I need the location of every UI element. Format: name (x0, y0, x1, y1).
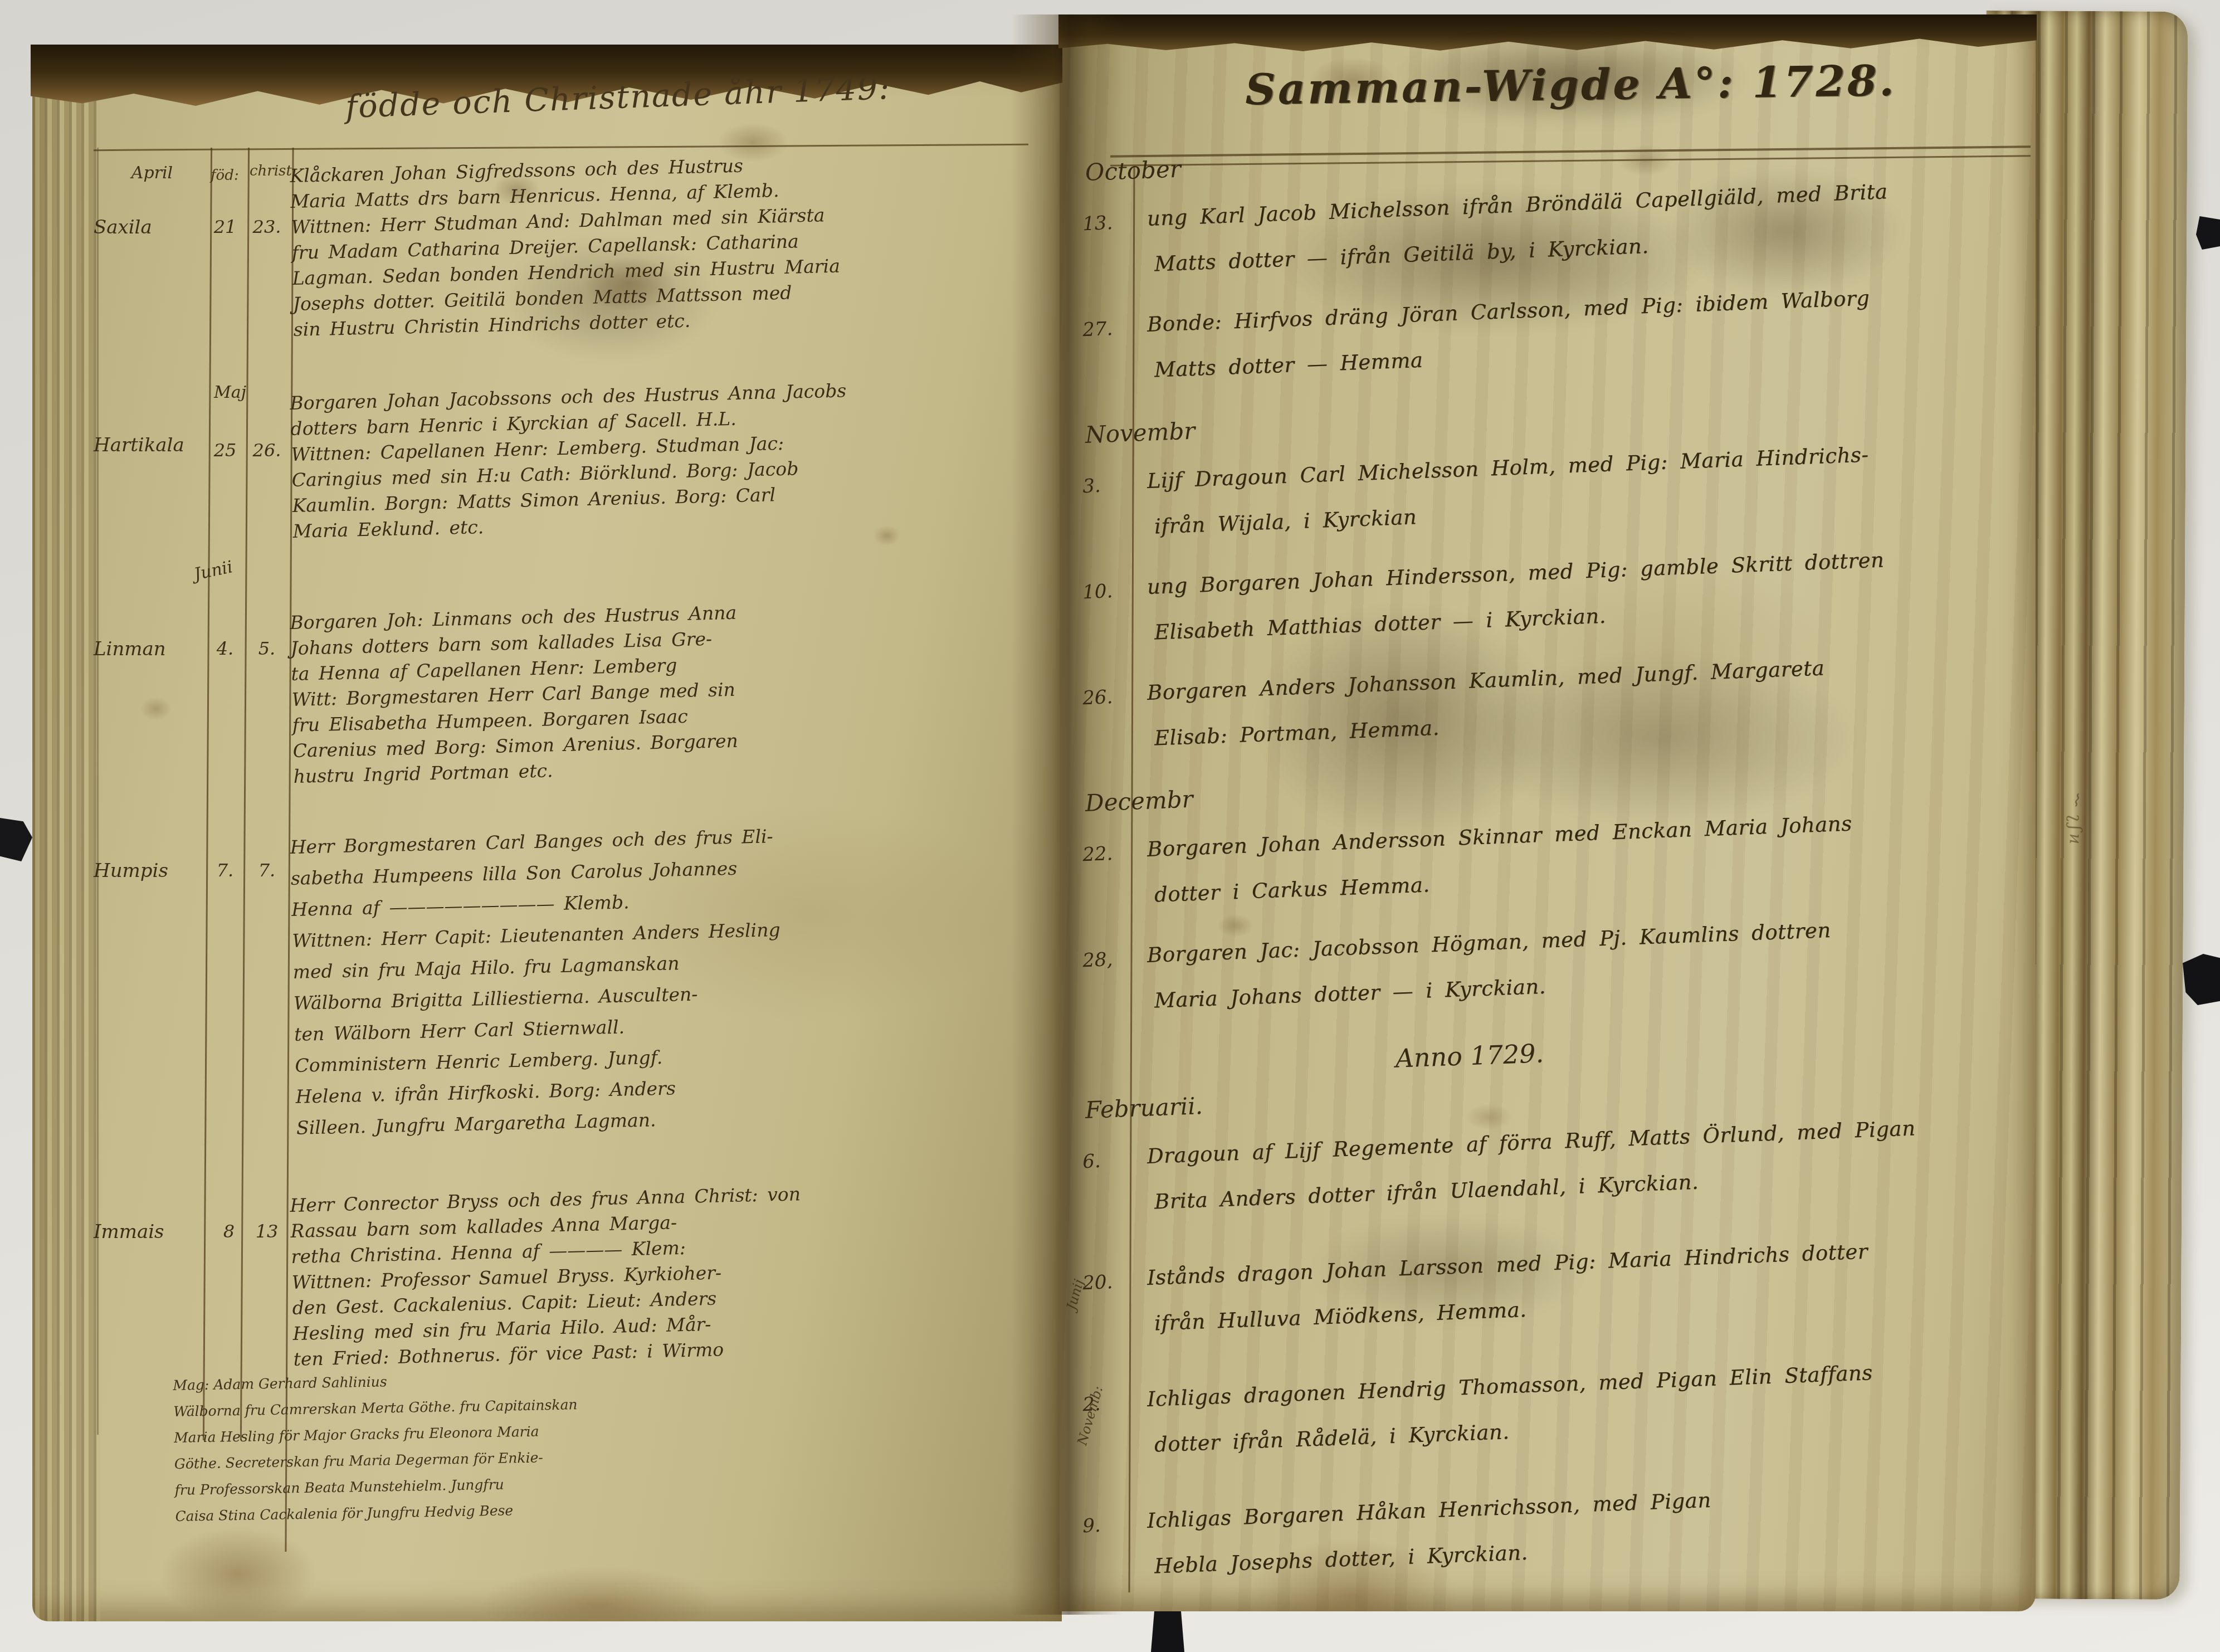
entry-day-number: 9. (1082, 1514, 1101, 1537)
entry-month-label: April (99, 163, 205, 183)
entry-small-text: Mag: Adam Gerhard SahliniusWälborna fru … (173, 1358, 1010, 1529)
entry-place-label: Saxila (94, 216, 205, 238)
entry-place-label: Linman (94, 638, 205, 660)
entry-month-label: Maj (177, 383, 283, 402)
entry-day-number: 28, (1082, 948, 1114, 972)
baptism-entry: Immais 8 13 Herr Conrector Bryss och des… (94, 1193, 1007, 1529)
entry-place-label: Immais (94, 1221, 205, 1243)
entry-christened-date: 13 (246, 1221, 287, 1242)
entry-text: ung Karl Jacob Michelsson ifrån Bröndälä… (1146, 169, 1890, 287)
marriage-entry: 10. ung Borgaren Johan Hindersson, med P… (1084, 532, 2023, 657)
entry-day-number: 22. (1082, 842, 1114, 866)
right-clasp-strap-lower (2183, 954, 2220, 1005)
baptism-entry-list: April Saxila 21 23. Klåckaren Johan Sigf… (94, 163, 1007, 1529)
marriage-entry: 26. Borgaren Anders Johansson Kaumlin, m… (1084, 638, 2023, 763)
left-clasp-strap (0, 818, 32, 861)
baptism-entry: Junii Linman 4. 5. Borgaren Joh: Linmans… (94, 610, 1007, 790)
entry-text: Dragoun af Lijf Regemente af förra Ruff,… (1146, 1105, 1918, 1225)
marriage-entry-list: 22. Borgaren Johan Andersson Skinnar med… (1085, 829, 2021, 1026)
entry-born-date: 7. (209, 860, 241, 881)
entry-day-number: 13. (1082, 212, 1114, 235)
entry-text: Ichligas dragonen Hendrig Thomasson, med… (1146, 1350, 1876, 1468)
entry-text: Borgaren Johan Andersson Skinnar med Enc… (1146, 801, 1855, 918)
marriage-section: Anno 1729. Februarii. 6. Dragoun af Lijf… (1085, 1041, 2021, 1592)
marriage-entry: 6. Dragoun af Lijf Regemente af förra Ru… (1084, 1102, 2023, 1227)
stack-ink-marks: ⌇ʅʃͷ (2066, 791, 2086, 848)
entry-day-number: 6. (1082, 1150, 1101, 1173)
entry-day-number: 10. (1082, 580, 1114, 603)
entry-born-date: 4. (209, 638, 241, 659)
entry-text: Klåckaren Johan Sigfredssons och des Hus… (290, 147, 1011, 343)
marriage-entry-list: 3. Lijf Dragoun Carl Michelsson Holm, me… (1085, 461, 2021, 764)
marriage-entry-list: 13. ung Karl Jacob Michelsson ifrån Brön… (1085, 198, 2021, 396)
bottom-clasp-strap (1151, 1611, 1184, 1652)
marriage-entry: 2. Novemb: Ichligas dragonen Hendrig Tho… (1084, 1344, 2023, 1470)
entry-text: Borgaren Joh: Linmans och des Hustrus An… (290, 594, 1011, 790)
entry-day-number: 26. (1082, 686, 1114, 709)
entry-christened-date: 23. (246, 216, 287, 237)
entry-text: Bonde: Hirfvos dräng Jöran Carlsson, med… (1146, 275, 1872, 393)
marriage-entry: 27. Bonde: Hirfvos dräng Jöran Carlsson,… (1084, 270, 2023, 395)
entry-text: Borgaren Jac: Jacobsson Högman, med Pj. … (1146, 908, 1834, 1024)
entry-day-number: 27. (1082, 318, 1114, 341)
entry-christened-date: 5. (246, 638, 287, 659)
marriage-section-list: October 13. ung Karl Jacob Michelsson if… (1085, 147, 2021, 1622)
entry-born-date: 21 (209, 216, 241, 237)
right-page-title: Samman-Wigde A°: 1728. (1245, 56, 1896, 114)
entry-christened-date: 26. (246, 440, 287, 461)
entry-text: Herr Borgmestaren Carl Banges och des fr… (290, 816, 1014, 1144)
entry-day-number: 20. (1082, 1271, 1114, 1294)
baptism-entry: Maj Hartikala 25 26. Borgaren Johan Jaco… (94, 391, 1007, 544)
entry-text: Herr Conrector Bryss och des frus Anna C… (290, 1177, 1011, 1372)
entry-place-label: Hartikala (94, 434, 227, 456)
baptism-entry: April Saxila 21 23. Klåckaren Johan Sigf… (94, 163, 1007, 343)
entry-text: Lijf Dragoun Carl Michelsson Holm, med P… (1146, 432, 1871, 549)
foxing-specks (0, 0, 5, 5)
marriage-section: Novembr 3. Lijf Dragoun Carl Michelsson … (1085, 421, 2021, 764)
marriage-entry: 20. Junij Istånds dragon Johan Larsson m… (1084, 1223, 2023, 1348)
entry-christened-date: 7. (246, 860, 287, 881)
right-clasp-strap-upper (2196, 216, 2220, 250)
marriage-section: October 13. ung Karl Jacob Michelsson if… (1085, 159, 2021, 396)
marriage-entry: 9. Ichligas Borgaren Håkan Henrichsson, … (1084, 1466, 2023, 1591)
marriage-entry-list: 6. Dragoun af Lijf Regemente af förra Ru… (1085, 1136, 2021, 1592)
entry-text: Ichligas Borgaren Håkan Henrichsson, med… (1146, 1478, 1714, 1590)
entry-born-date: 8 (213, 1221, 245, 1242)
photo-background: ʃͷʅ⌇ʃ ⌇ʅʃͷ födde och Christnade åhr 1749… (0, 0, 2220, 1652)
marriage-entry: 28, Borgaren Jac: Jacobsson Högman, med … (1084, 900, 2023, 1026)
entry-day-number: 3. (1082, 475, 1101, 498)
entry-born-date: 25 (209, 440, 241, 461)
marriage-entry: 3. Lijf Dragoun Carl Michelsson Holm, me… (1084, 426, 2023, 552)
entry-text: Borgaren Johan Jacobssons och des Hustru… (290, 374, 1011, 544)
marriage-entry: 22. Borgaren Johan Andersson Skinnar med… (1084, 795, 2023, 920)
entry-text: Istånds dragon Johan Larsson med Pig: Ma… (1146, 1229, 1871, 1347)
marriage-section: Decembr 22. Borgaren Johan Andersson Ski… (1085, 790, 2021, 1026)
marriage-entry: 13. ung Karl Jacob Michelsson ifrån Brön… (1084, 164, 2023, 289)
entry-place-label: Humpis (94, 860, 205, 882)
entry-text: ung Borgaren Johan Hindersson, med Pig: … (1146, 537, 1887, 655)
baptism-entry: Humpis 7. 7. Herr Borgmestaren Carl Bang… (94, 832, 1007, 1144)
entry-month-label: Junii (159, 550, 267, 592)
entry-text: Borgaren Anders Johansson Kaumlin, med J… (1146, 645, 1827, 761)
